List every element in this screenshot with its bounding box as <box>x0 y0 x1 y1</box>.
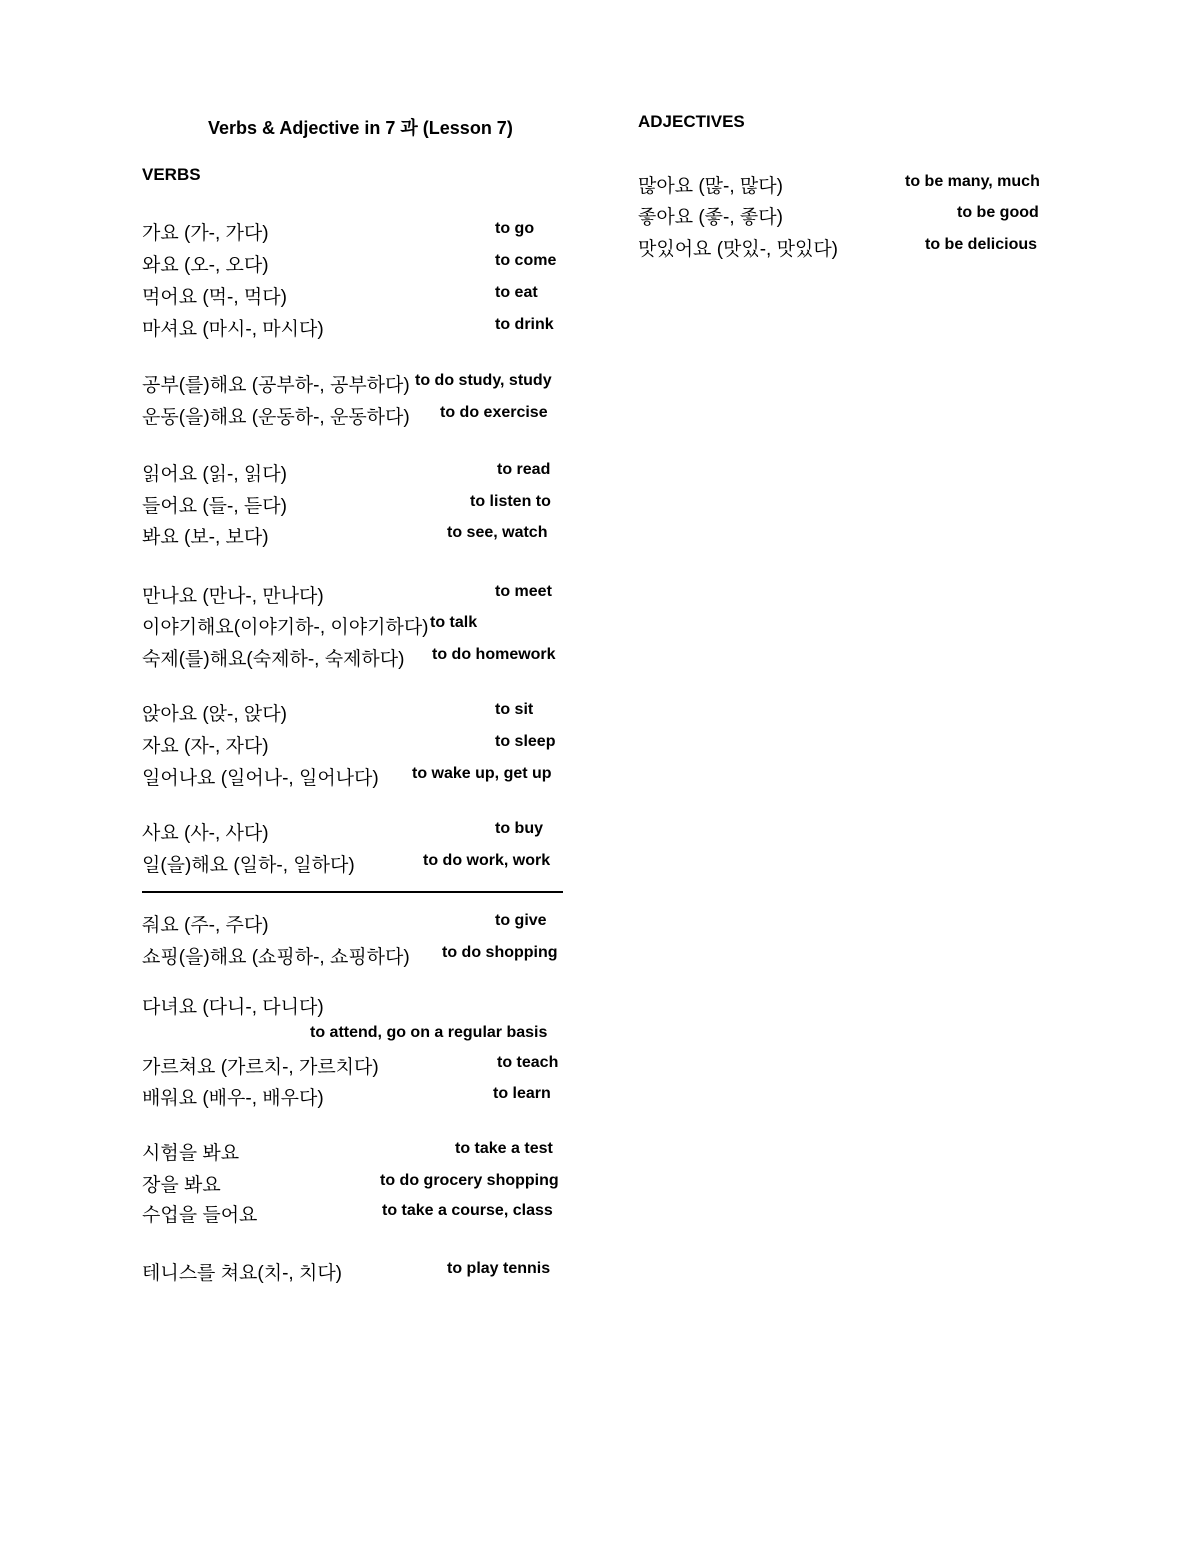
korean-term: 만나요 (만나-, 만나다) <box>142 586 324 607</box>
verbs-heading: VERBS <box>142 165 201 185</box>
vocab-row: 이야기해요(이야기하-, 이야기하다) to talk <box>142 612 429 638</box>
korean-term: 사요 (사-, 사다) <box>142 823 269 844</box>
vocab-row: 수업을 들어요 to take a course, class <box>142 1200 257 1226</box>
english-gloss: to teach <box>497 1054 558 1072</box>
vocab-row: 시험을 봐요 to take a test <box>142 1138 239 1164</box>
korean-term: 운동(을)해요 (운동하-, 운동하다) <box>142 407 410 428</box>
korean-term: 일(을)해요 (일하-, 일하다) <box>142 855 355 876</box>
korean-term: 시험을 봐요 <box>142 1143 239 1164</box>
english-gloss: to learn <box>493 1085 551 1103</box>
section-divider <box>142 891 563 893</box>
vocab-row: 일어나요 (일어나-, 일어나다) to wake up, get up <box>142 763 379 789</box>
english-gloss: to do shopping <box>442 944 558 962</box>
vocab-row: 일(을)해요 (일하-, 일하다) to do work, work <box>142 850 355 876</box>
vocab-row: 사요 (사-, 사다) to buy <box>142 818 269 844</box>
korean-term: 배워요 (배우-, 배우다) <box>142 1088 324 1109</box>
english-gloss: to drink <box>495 316 554 334</box>
english-gloss: to sit <box>495 701 533 719</box>
vocab-row: 줘요 (주-, 주다) to give <box>142 910 269 936</box>
korean-term: 줘요 (주-, 주다) <box>142 915 269 936</box>
vocab-row: 장을 봐요 to do grocery shopping <box>142 1170 221 1196</box>
korean-term: 테니스를 쳐요(치-, 치다) <box>142 1263 342 1284</box>
english-gloss: to take a course, class <box>382 1202 553 1220</box>
vocab-row: 공부(를)해요 (공부하-, 공부하다) to do study, study <box>142 370 410 396</box>
korean-term: 먹어요 (먹-, 먹다) <box>142 287 287 308</box>
adjectives-heading: ADJECTIVES <box>638 112 745 132</box>
english-gloss: to sleep <box>495 733 555 751</box>
english-gloss: to do study, study <box>415 372 552 390</box>
korean-term: 가요 (가-, 가다) <box>142 223 269 244</box>
korean-term: 일어나요 (일어나-, 일어나다) <box>142 768 379 789</box>
vocab-row: 와요 (오-, 오다) to come <box>142 250 269 276</box>
english-gloss: to see, watch <box>447 524 547 542</box>
english-gloss: to attend, go on a regular basis <box>310 1024 547 1042</box>
vocab-row: 읽어요 (읽-, 읽다) to read <box>142 459 287 485</box>
english-gloss: to do grocery shopping <box>380 1172 559 1190</box>
korean-term: 공부(를)해요 (공부하-, 공부하다) <box>142 375 410 396</box>
english-gloss: to go <box>495 220 534 238</box>
document-page: Verbs & Adjective in 7 과 (Lesson 7) VERB… <box>0 0 1200 1553</box>
vocab-row: 봐요 (보-, 보다) to see, watch <box>142 522 269 548</box>
korean-term: 좋아요 (좋-, 좋다) <box>638 207 783 228</box>
korean-term: 자요 (자-, 자다) <box>142 736 269 757</box>
english-gloss: to talk <box>430 614 477 632</box>
english-gloss: to wake up, get up <box>412 765 552 783</box>
vocab-row: 마셔요 (마시-, 마시다) to drink <box>142 314 324 340</box>
korean-term: 수업을 들어요 <box>142 1205 257 1226</box>
korean-term: 다녀요 (다니-, 다니다) <box>142 997 324 1018</box>
korean-term: 이야기해요(이야기하-, 이야기하다) <box>142 617 429 638</box>
vocab-row: 좋아요 (좋-, 좋다) to be good <box>638 202 783 228</box>
korean-term: 숙제(를)해요(숙제하-, 숙제하다) <box>142 649 404 670</box>
korean-term: 읽어요 (읽-, 읽다) <box>142 464 287 485</box>
english-gloss: to be good <box>957 204 1039 222</box>
vocab-row: 만나요 (만나-, 만나다) to meet <box>142 581 324 607</box>
english-gloss: to buy <box>495 820 543 838</box>
korean-term: 와요 (오-, 오다) <box>142 255 269 276</box>
english-gloss: to eat <box>495 284 538 302</box>
vocab-row: 다녀요 (다니-, 다니다) <box>142 992 324 1018</box>
english-gloss: to be many, much <box>905 173 1040 191</box>
english-gloss: to take a test <box>455 1140 553 1158</box>
korean-term: 쇼핑(을)해요 (쇼핑하-, 쇼핑하다) <box>142 947 410 968</box>
korean-term: 맛있어요 (맛있-, 맛있다) <box>638 239 838 260</box>
english-gloss: to do work, work <box>423 852 550 870</box>
vocab-row: 배워요 (배우-, 배우다) to learn <box>142 1083 324 1109</box>
korean-term: 봐요 (보-, 보다) <box>142 527 269 548</box>
korean-term: 마셔요 (마시-, 마시다) <box>142 319 324 340</box>
korean-term: 앉아요 (앉-, 앉다) <box>142 704 287 725</box>
english-gloss: to do homework <box>432 646 556 664</box>
vocab-row: 쇼핑(을)해요 (쇼핑하-, 쇼핑하다) to do shopping <box>142 942 410 968</box>
english-gloss: to come <box>495 252 556 270</box>
vocab-row: 맛있어요 (맛있-, 맛있다) to be delicious <box>638 234 838 260</box>
english-gloss: to play tennis <box>447 1260 550 1278</box>
korean-term: 많아요 (많-, 많다) <box>638 176 783 197</box>
vocab-row: 많아요 (많-, 많다) to be many, much <box>638 171 783 197</box>
vocab-row: 가요 (가-, 가다) to go <box>142 218 269 244</box>
vocab-row: 운동(을)해요 (운동하-, 운동하다) to do exercise <box>142 402 410 428</box>
english-gloss: to do exercise <box>440 404 548 422</box>
vocab-row: 들어요 (들-, 듣다) to listen to <box>142 491 287 517</box>
vocab-row: 자요 (자-, 자다) to sleep <box>142 731 269 757</box>
vocab-row: 테니스를 쳐요(치-, 치다) to play tennis <box>142 1258 342 1284</box>
vocab-row: 가르쳐요 (가르치-, 가르치다) to teach <box>142 1052 379 1078</box>
vocab-row: 숙제(를)해요(숙제하-, 숙제하다) to do homework <box>142 644 404 670</box>
english-gloss: to be delicious <box>925 236 1037 254</box>
english-gloss: to meet <box>495 583 552 601</box>
korean-term: 가르쳐요 (가르치-, 가르치다) <box>142 1057 379 1078</box>
vocab-row: 먹어요 (먹-, 먹다) to eat <box>142 282 287 308</box>
page-title: Verbs & Adjective in 7 과 (Lesson 7) <box>208 114 513 140</box>
english-gloss: to listen to <box>470 493 551 511</box>
english-gloss: to give <box>495 912 547 930</box>
korean-term: 들어요 (들-, 듣다) <box>142 496 287 517</box>
english-gloss: to read <box>497 461 550 479</box>
vocab-row: 앉아요 (앉-, 앉다) to sit <box>142 699 287 725</box>
korean-term: 장을 봐요 <box>142 1175 221 1196</box>
